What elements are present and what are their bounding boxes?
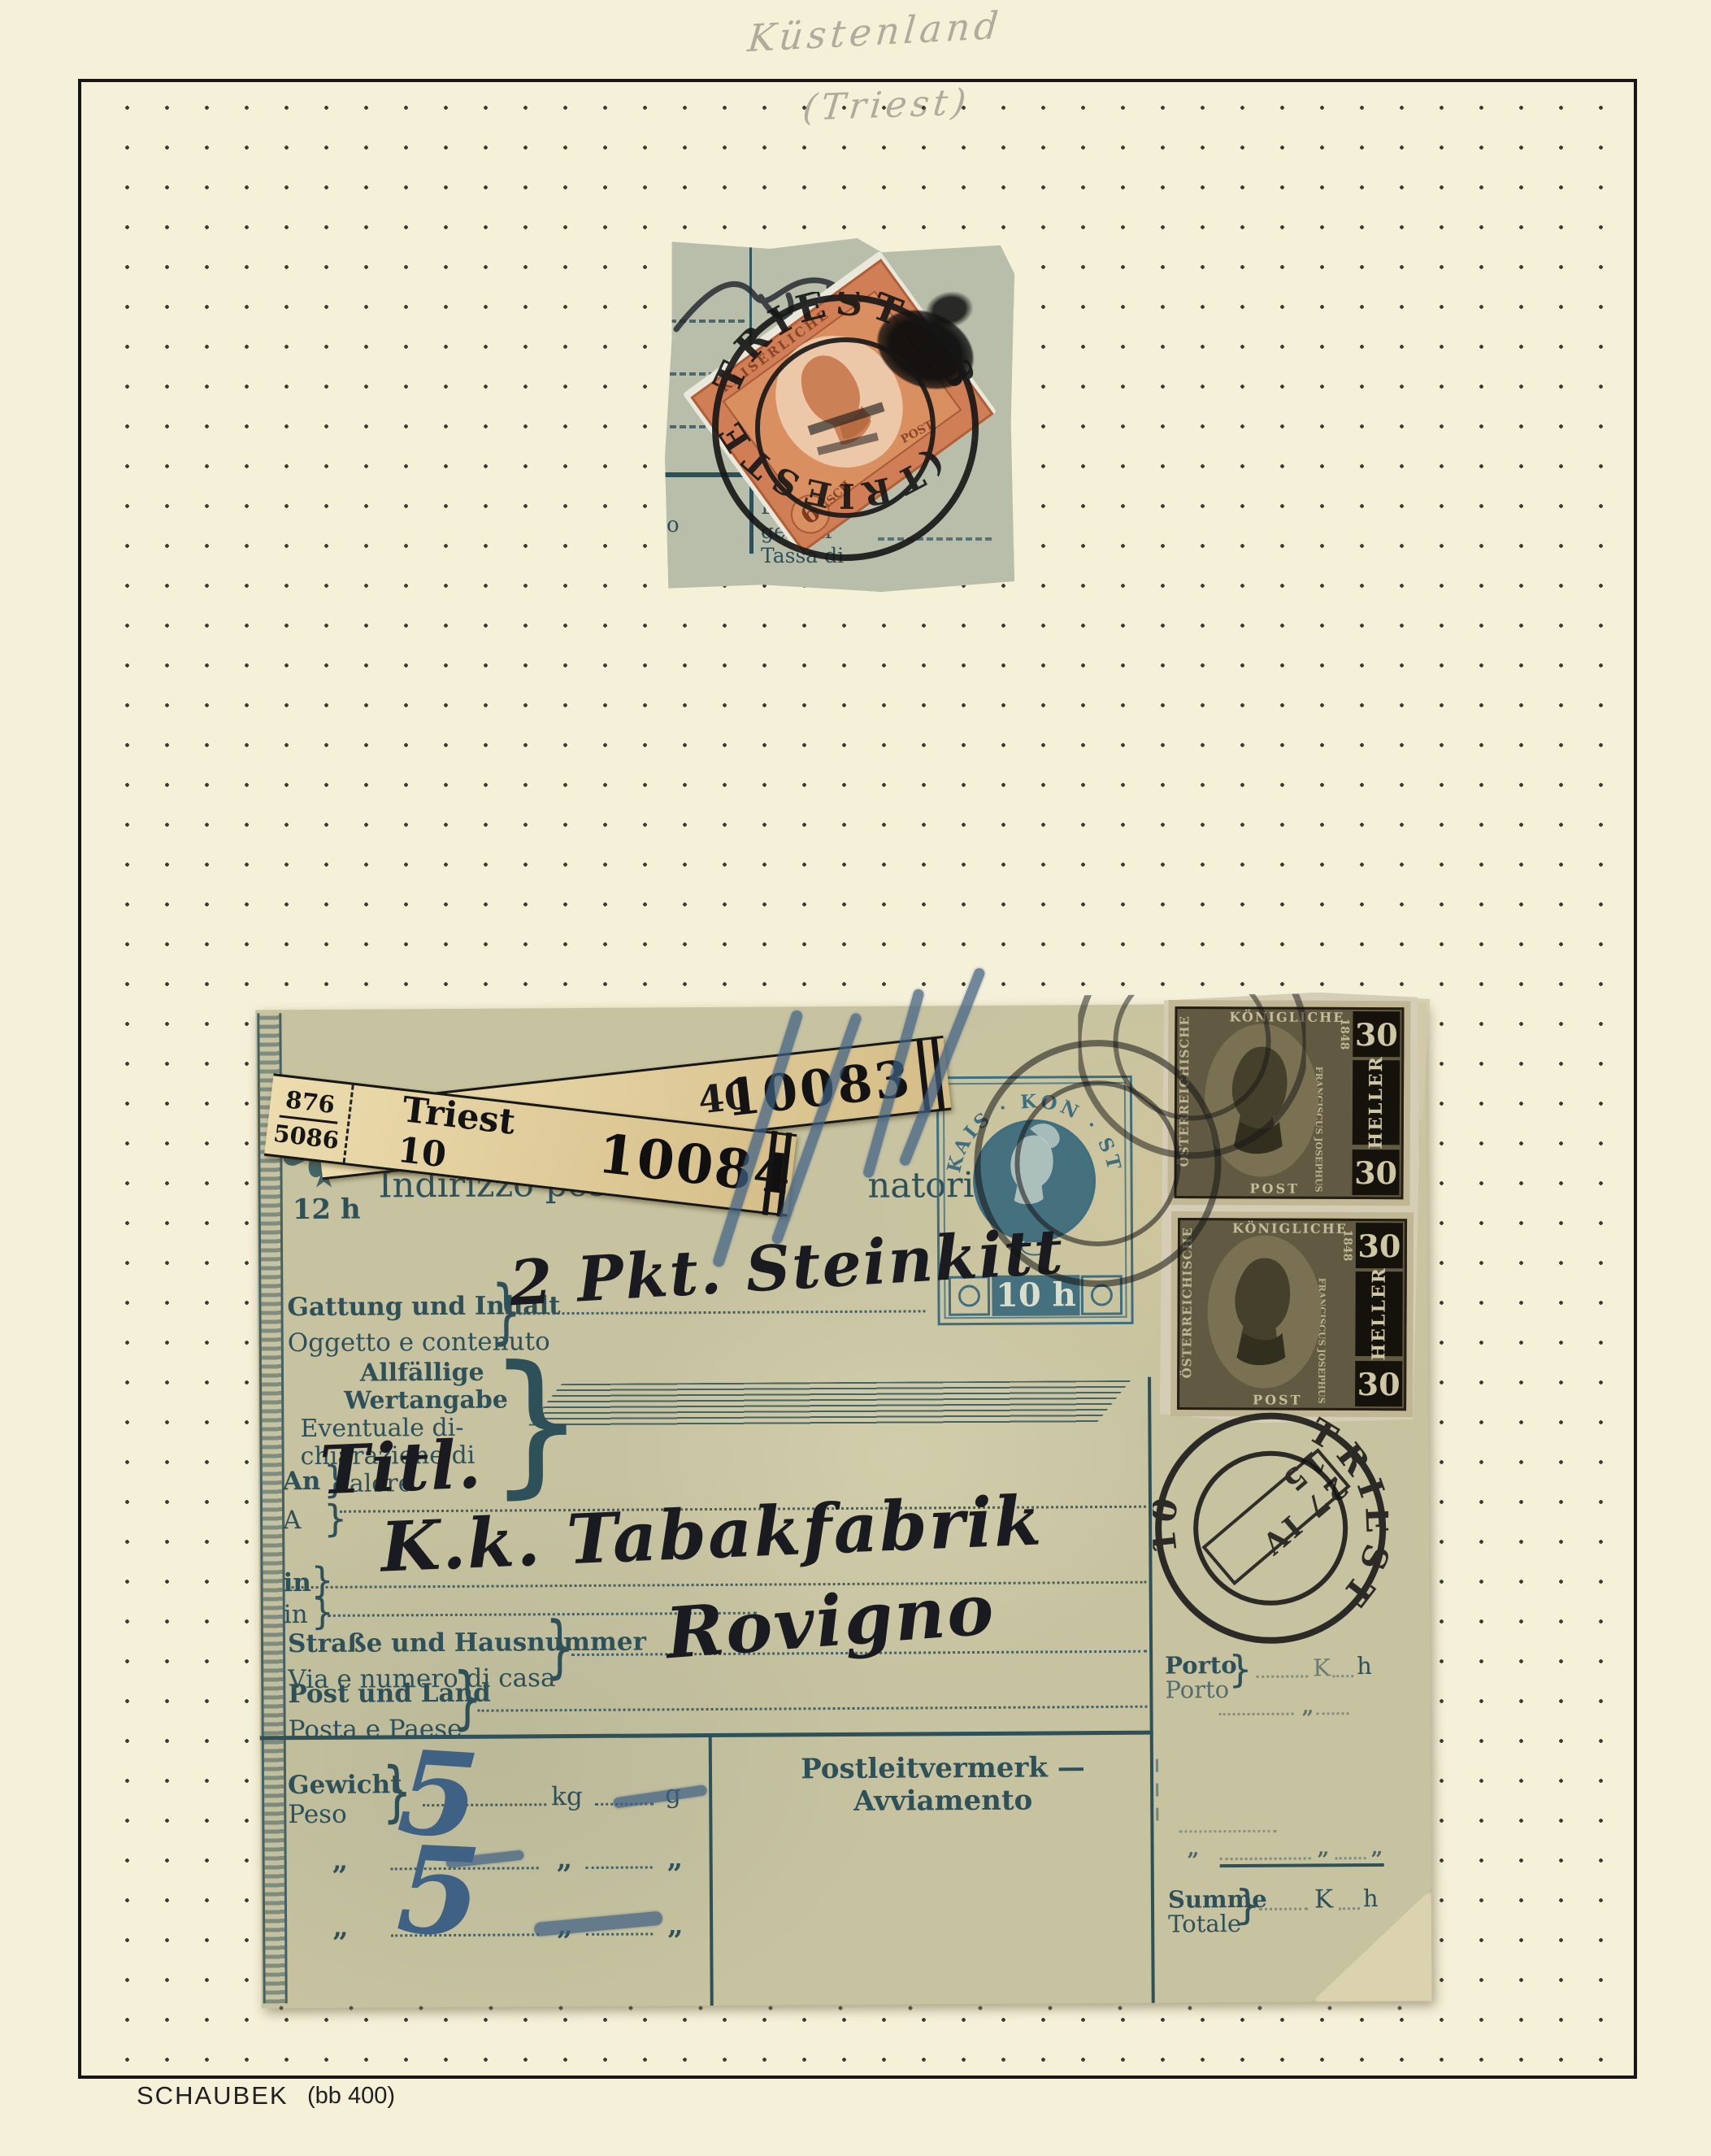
footer-publisher: SCHAUBEK (137, 2081, 289, 2110)
ditto-mark: „ (1371, 1837, 1383, 1858)
stamp-unit-box: HELLER (1355, 1271, 1402, 1356)
stamp-value-box: 30 (1356, 1223, 1403, 1268)
ditto-mark: „ (1318, 1837, 1330, 1858)
ditto-mark: „ (332, 1914, 349, 1941)
routing-heading: Postleitvermerk — Avviamento (740, 1751, 1146, 1819)
dotted-line (1219, 1713, 1294, 1716)
hw-addressee-title: Titl. (319, 1425, 484, 1510)
ditto-mark: „ (667, 1911, 684, 1939)
svg-text:TRIEST 13: TRIEST 13 (710, 292, 981, 401)
porto-k: K (1313, 1654, 1331, 1681)
ditto-mark: „ (557, 1845, 573, 1873)
crayon-weight-2: 5 (394, 1819, 486, 1964)
stamp-value: 30 (1357, 1365, 1401, 1402)
label-office: Triest 10 (395, 1089, 549, 1187)
total-k: K (1314, 1884, 1333, 1914)
brace: } (453, 1668, 482, 1730)
field-value-de1: Allfällige (360, 1358, 484, 1388)
porto-h: h (1357, 1652, 1372, 1680)
dotted-line (1220, 1857, 1311, 1860)
dotted-line (586, 1866, 653, 1869)
album-scan: { "page": { "pencil_note_line1": "Küsten… (0, 0, 1711, 2156)
stamp-fragment-piece: o Beitr gebühr Tassa di KAISERLICHE ISCH… (665, 238, 1014, 592)
stamp-year: 1848 (1338, 1018, 1351, 1050)
brace: } (545, 1617, 575, 1679)
ditto-mark: „ (1301, 1696, 1314, 1717)
total-it: Totale (1168, 1910, 1241, 1938)
ditto-mark: „ (332, 1847, 349, 1875)
stamp-value: 30 (1355, 1015, 1398, 1052)
card-perforation-edge (271, 2005, 1413, 2011)
field-in-it: in (284, 1600, 308, 1629)
rotated-side-marks (1156, 1808, 1158, 1821)
sum-rule (1220, 1863, 1384, 1867)
stamp-unit: HELLER (1368, 1267, 1390, 1361)
crayon-dash (613, 1784, 708, 1809)
stamp-value-box: 30 (1352, 1150, 1399, 1195)
field-to-it: A (283, 1506, 302, 1535)
stamp-unit: HELLER (1366, 1055, 1387, 1150)
stamp-year: 1848 (1340, 1229, 1353, 1261)
label-code-bottom: 5086 (272, 1119, 341, 1154)
form-text-small: o (667, 513, 680, 537)
card-rate: 12 h (293, 1193, 361, 1227)
stamp-portrait-oval (1207, 1235, 1322, 1389)
postmark-top-text: TRIEST 13 (710, 292, 981, 401)
label-code-box: 876 5086 (264, 1076, 354, 1163)
stamp-ring-bottom: POST (1249, 1180, 1300, 1196)
franz-joseph-portrait-icon (1207, 1235, 1322, 1389)
brace: } (1228, 1653, 1253, 1687)
stamp-value: 30 (1357, 1227, 1401, 1263)
postmark-triest13: TRIEST 13 (TRIESTE) (710, 292, 981, 563)
dotted-line (1259, 1908, 1308, 1910)
dotted-line (1335, 1857, 1366, 1859)
column-divider (709, 1735, 714, 2006)
stamp-value-box: 30 (1355, 1361, 1402, 1406)
field-to-de: An (283, 1467, 321, 1496)
brace: } (311, 1597, 334, 1629)
stamp-unit-box: HELLER (1353, 1060, 1400, 1145)
dotted-line (1317, 1712, 1349, 1715)
stamp-value: 30 (1354, 1154, 1397, 1190)
stamp-value-box: 30 (1353, 1011, 1400, 1057)
dotted-line (478, 1706, 1148, 1712)
total-h: h (1363, 1884, 1379, 1912)
ditto-mark: „ (1188, 1838, 1200, 1859)
porto-it: Porto (1165, 1676, 1229, 1703)
dotted-line (1179, 1830, 1276, 1833)
footer-code: (bb 400) (307, 2083, 395, 2110)
field-value-de2: Wertangabe (344, 1386, 508, 1415)
unit-kg: kg (551, 1782, 583, 1811)
rotated-side-marks (1156, 1759, 1158, 1772)
stamp-ring-bottom: POST (1253, 1392, 1303, 1407)
brace: } (1235, 1887, 1261, 1923)
dotted-line (1339, 1907, 1360, 1910)
label-code-top: 876 (284, 1085, 337, 1119)
ditto-mark: „ (667, 1845, 684, 1872)
hatched-void-block (528, 1380, 1131, 1427)
parcel-card: 12 h Indirizzo posta natorio. KAIS · KON… (255, 1003, 1431, 2009)
field-in-de: in (283, 1568, 311, 1597)
stamp-ring-top: KÖNIGLICHE (1232, 1220, 1348, 1237)
postmark-strike-partial (971, 1037, 1224, 1290)
dotted-line (1332, 1675, 1353, 1677)
pencil-region-note: Küstenland (746, 3, 1004, 61)
field-weight-it: Peso (288, 1800, 347, 1829)
dotted-line (586, 1932, 653, 1936)
rotated-side-marks (1156, 1784, 1158, 1797)
dotted-line (1256, 1676, 1308, 1678)
